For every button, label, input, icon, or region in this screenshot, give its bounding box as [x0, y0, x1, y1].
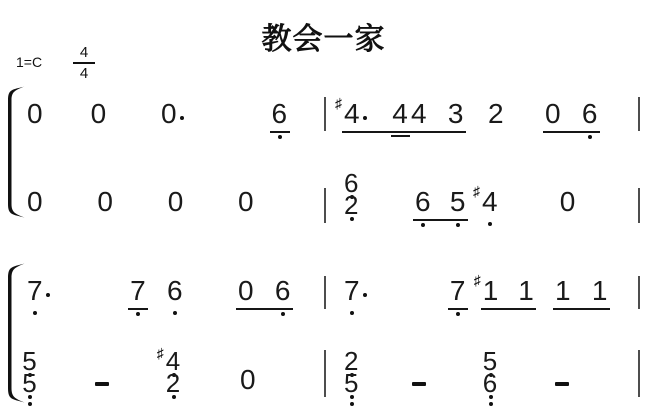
octave-dot [489, 395, 493, 399]
octave-dot [28, 402, 32, 406]
chord-note-digit: 6 [483, 370, 497, 396]
end-barline [638, 350, 640, 397]
octave-dot [172, 395, 176, 399]
chord-note-digit: 5 [22, 370, 36, 396]
rest-note: 0 [240, 366, 256, 394]
octave-dot [350, 402, 354, 406]
octave-dot [350, 395, 354, 399]
sustain-dash [412, 382, 426, 386]
chord-note-digit: 5 [344, 370, 358, 396]
sustain-dash [555, 382, 569, 386]
measure-barline [324, 350, 326, 397]
chord-note-digit: 2 [166, 370, 180, 396]
sustain-dash [95, 382, 109, 386]
octave-dot [28, 395, 32, 399]
sheet-page: 教会一家 1=C 4 4 00064♯443206000062654♯07760… [0, 0, 647, 415]
system-2-lower-staff: 554♯202556 [0, 0, 647, 415]
octave-dot [489, 402, 493, 406]
sharp-icon: ♯ [157, 346, 164, 360]
